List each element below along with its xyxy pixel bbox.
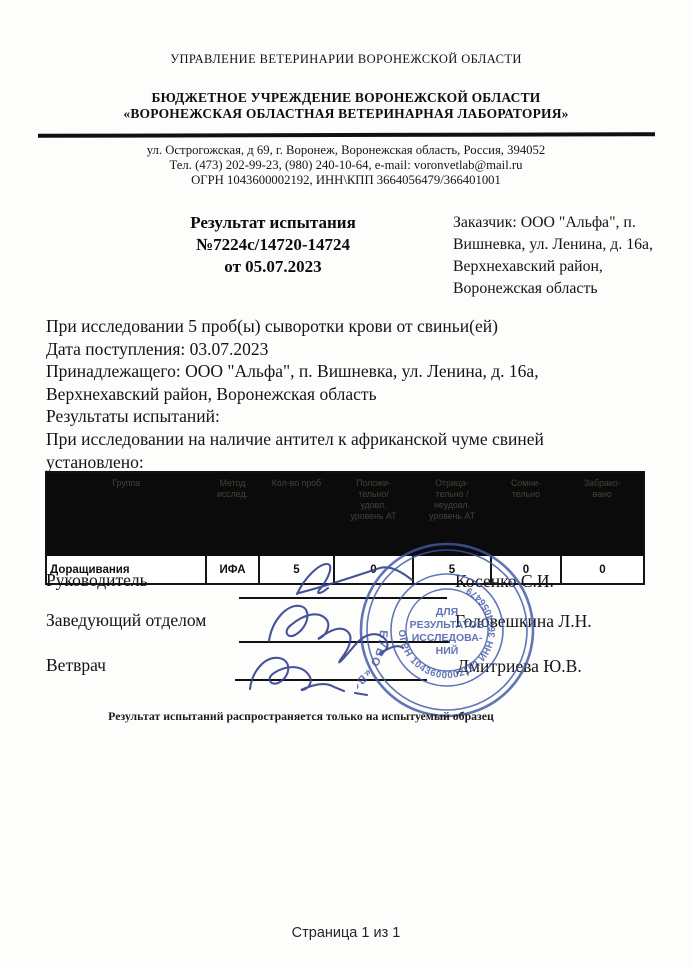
table-header-cell: Забрако- вано	[561, 472, 644, 556]
table-header-cell: Группа	[46, 472, 206, 556]
stamp-center-line: РЕЗУЛЬТАТОВ	[410, 619, 485, 631]
table-header-row: Группа Метод исслед. Кол-во проб Положи-…	[46, 472, 644, 556]
stamp-center-line: ИССЛЕДОВА-	[412, 632, 483, 644]
body-line: Принадлежащего: ООО "Альфа", п. Вишневка…	[46, 360, 652, 383]
org-address: ул. Острогожская, д 69, г. Воронеж, Воро…	[0, 143, 692, 158]
result-number: №7224с/14720-14724	[160, 234, 386, 256]
customer-line: Верхнехавский район,	[453, 256, 668, 278]
footnote: Результат испытаний распространяется тол…	[56, 709, 546, 724]
signature-role: Заведующий отделом	[46, 610, 206, 631]
table-header-cell: Кол-во проб	[259, 472, 334, 556]
org-phone-email: Тел. (473) 202-99-23, (980) 240-10-64, e…	[0, 158, 692, 173]
signature-role: Ветврач	[46, 655, 106, 676]
body-line: При исследовании на наличие антител к аф…	[46, 428, 652, 451]
result-date: от 05.07.2023	[160, 256, 386, 278]
customer-line: Заказчик: ООО "Альфа", п.	[453, 212, 668, 234]
table-cell-method: ИФА	[206, 556, 259, 585]
body-line: При исследовании 5 проб(ы) сыворотки кро…	[46, 315, 652, 338]
organization-name-line2: «ВОРОНЕЖСКАЯ ОБЛАСТНАЯ ВЕТЕРИНАРНАЯ ЛАБО…	[0, 106, 692, 122]
document-page: УПРАВЛЕНИЕ ВЕТЕРИНАРИИ ВОРОНЕЖСКОЙ ОБЛАС…	[0, 0, 692, 968]
stamp-center-line: ДЛЯ	[436, 606, 458, 618]
customer-line: Воронежская область	[453, 278, 668, 300]
table-cell-count: 5	[259, 556, 334, 585]
results-table: Группа Метод исслед. Кол-во проб Положи-…	[45, 471, 645, 585]
page-number: Страница 1 из 1	[0, 925, 692, 941]
table-header-cell: Метод исслед.	[206, 472, 259, 556]
body-line: Результаты испытаний:	[46, 405, 652, 428]
authority-title: УПРАВЛЕНИЕ ВЕТЕРИНАРИИ ВОРОНЕЖСКОЙ ОБЛАС…	[0, 52, 692, 67]
body-line: Верхнехавский район, Воронежская область	[46, 383, 652, 406]
result-block: Результат испытания №7224с/14720-14724 о…	[160, 212, 386, 278]
round-stamp: БУВО «ВОРОНЕЖСКАЯ ОБЛВЕТЛАБОРАТОРИЯ» ОГР…	[357, 540, 537, 720]
body-line: Дата поступления: 03.07.2023	[46, 338, 652, 361]
signature-stroke	[250, 658, 344, 691]
header-divider	[38, 132, 655, 138]
table-cell-rejected: 0	[561, 556, 644, 585]
organization-name-line1: БЮДЖЕТНОЕ УЧРЕЖДЕНИЕ ВОРОНЕЖСКОЙ ОБЛАСТИ	[0, 90, 692, 106]
body-text: При исследовании 5 проб(ы) сыворотки кро…	[46, 315, 652, 473]
signature-role: Руководитель	[46, 570, 148, 591]
body-line: установлено:	[46, 451, 652, 474]
customer-block: Заказчик: ООО "Альфа", п. Вишневка, ул. …	[453, 212, 668, 300]
customer-line: Вишневка, ул. Ленина, д. 16а,	[453, 234, 668, 256]
result-title: Результат испытания	[160, 212, 386, 234]
org-ogrn-inn: ОГРН 1043600002192, ИНН\КПП 3664056479/3…	[0, 173, 692, 188]
stamp-center-line: НИЙ	[436, 644, 459, 657]
